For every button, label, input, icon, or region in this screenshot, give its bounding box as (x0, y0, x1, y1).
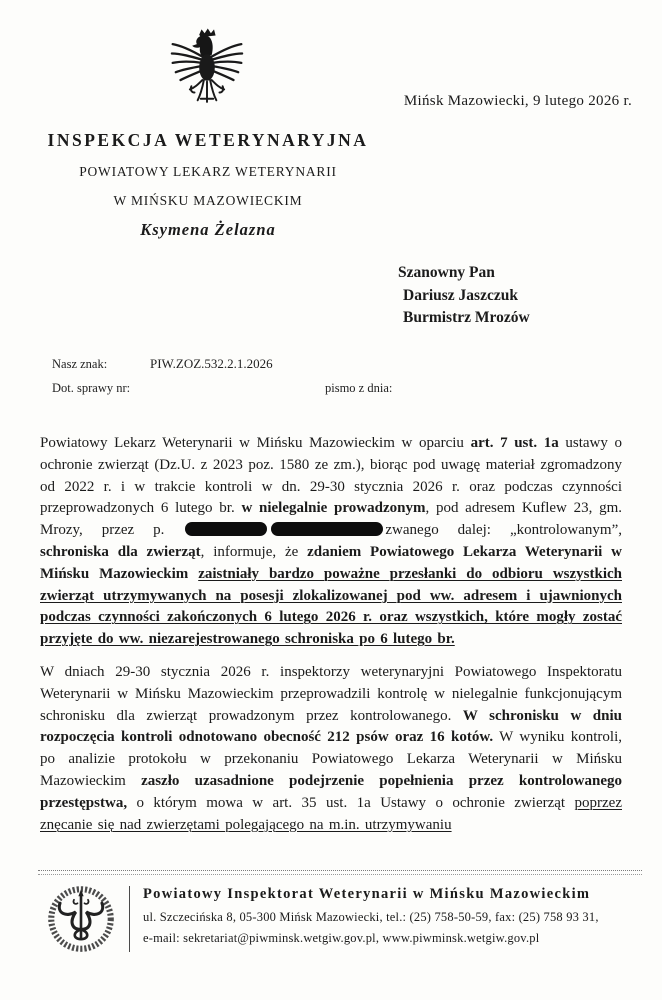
letterhead-block: INSPEKCJA WETERYNARYJNA POWIATOWY LEKARZ… (22, 130, 394, 240)
paragraph-2: W dniach 29-30 stycznia 2026 r. inspekto… (40, 662, 622, 836)
date-place-line: Mińsk Mazowiecki, 9 lutego 2026 r. (404, 93, 632, 110)
footer-email-line: e-mail: sekretariat@piwminsk.wetgiw.gov.… (143, 931, 648, 946)
veterinary-caduceus-wreath-logo-icon (44, 884, 118, 954)
text-segment: , informuje, że (201, 544, 307, 560)
case-number-label: Dot. sprawy nr: (52, 381, 130, 396)
addressee-title: Burmistrz Mrozów (403, 307, 530, 330)
text-segment: art. 7 ust. 1a (471, 435, 559, 451)
signatory-name: Ksymena Żelazna (22, 220, 394, 240)
text-segment: schroniska dla zwierząt (40, 544, 201, 560)
footer-vertical-divider (129, 886, 130, 952)
letter-body: Powiatowy Lekarz Weterynarii w Mińsku Ma… (40, 433, 622, 836)
our-ref-label: Nasz znak: (52, 357, 107, 372)
redaction-bar (271, 522, 383, 536)
text-segment: zwanego dalej: „kontrolowanym”, (385, 522, 622, 538)
text-segment: w nielegalnie prowadzonym (241, 500, 425, 516)
addressee-salutation: Szanowny Pan (398, 262, 530, 285)
letter-date-label: pismo z dnia: (325, 381, 392, 396)
paragraph-1: Powiatowy Lekarz Weterynarii w Mińsku Ma… (40, 433, 622, 651)
office-line2: W MIŃSKU MAZOWIECKIM (22, 193, 394, 209)
our-ref-value: PIW.ZOZ.532.2.1.2026 (150, 356, 273, 372)
text-segment: o którym mowa w art. 35 ust. 1a Ustawy o… (127, 795, 574, 811)
scanned-letter-page: Mińsk Mazowiecki, 9 lutego 2026 r. INSPE… (0, 0, 662, 1000)
redaction-bar (185, 522, 267, 536)
footer-separator-line (38, 870, 642, 875)
footer-contact-block: Powiatowy Inspektorat Weterynarii w Mińs… (143, 886, 648, 946)
polish-eagle-emblem-icon (168, 26, 246, 120)
inspection-title: INSPEKCJA WETERYNARYJNA (22, 130, 394, 151)
text-segment: Powiatowy Lekarz Weterynarii w Mińsku Ma… (40, 435, 471, 451)
office-line1: POWIATOWY LEKARZ WETERYNARII (22, 164, 394, 180)
footer-org-name: Powiatowy Inspektorat Weterynarii w Mińs… (143, 886, 648, 903)
addressee-block: Szanowny Pan Dariusz Jaszczuk Burmistrz … (398, 262, 530, 330)
addressee-name: Dariusz Jaszczuk (403, 285, 530, 308)
footer-address-line: ul. Szczecińska 8, 05-300 Mińsk Mazowiec… (143, 910, 648, 925)
